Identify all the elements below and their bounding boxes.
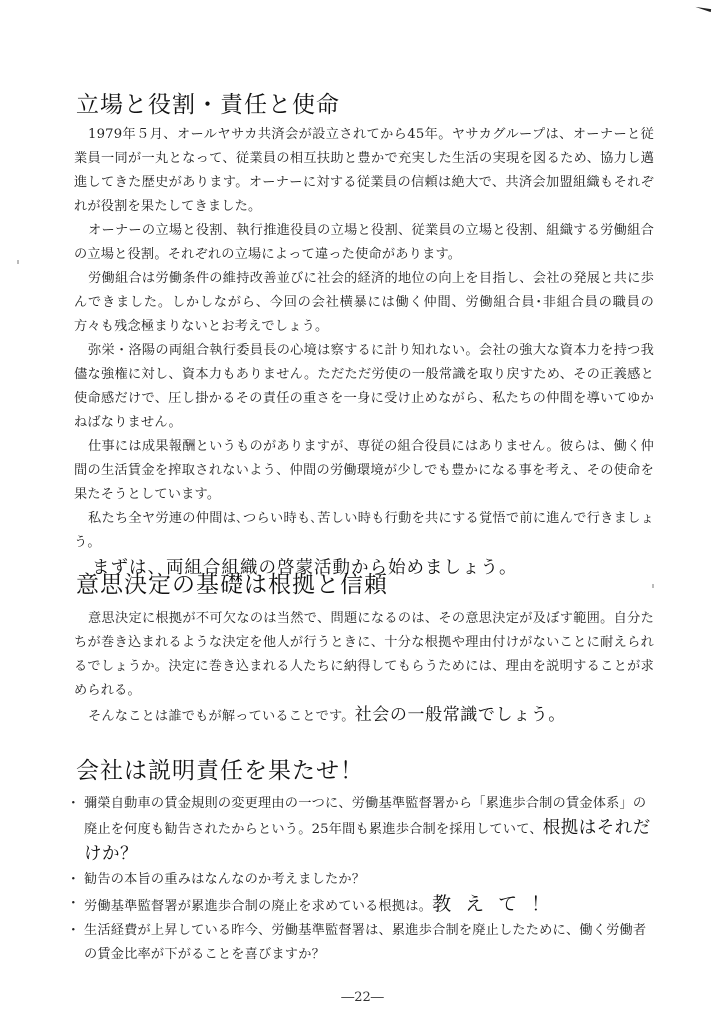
bullet-marker: ･: [70, 892, 77, 916]
bullet-item: ･ 勧告の本旨の重みはなんなのか考えましたか？: [70, 868, 656, 892]
scan-speck: [17, 260, 19, 264]
section-body-roles: 1979年５月、オールヤサカ共済会が設立されてから45年。ヤサカグループは、オー…: [74, 123, 654, 581]
bullet-text: 勧告の本旨の重みはなんなのか考えましたか？: [84, 872, 365, 887]
bullet-marker: ･: [70, 868, 77, 892]
bullet-emphasis: 教えて！: [432, 893, 564, 915]
bullet-marker: ･: [70, 792, 77, 816]
paragraph: 意思決定に根拠が不可欠なのは当然で、問題になるのは、その意思決定が及ぼす範囲。自…: [74, 607, 654, 703]
section-heading-roles: 立場と役割・責任と使命: [76, 91, 340, 119]
bullet-text: 労働基準監督署が累進歩合制の廃止を求めている根拠は。: [84, 899, 432, 914]
bullet-text: 生活経費が上昇している昨今、労働基準監督署は、累進歩合制を廃止したために、働く労…: [84, 923, 646, 962]
section-heading-accountability: 会社は説明責任を果たせ！: [76, 757, 364, 785]
paragraph-text: そんなことは誰でもが解っていることです。: [88, 709, 355, 724]
paragraph: 私たち全ヤ労連の仲間は､つらい時も､苦しい時も行動を共にする覚悟で前に進んで行き…: [74, 507, 654, 555]
bullet-list: ･ 彌榮自動車の賃金規則の変更理由の一つに、労働基準監督署から「累進歩合制の賃金…: [70, 792, 656, 967]
scan-speck: [652, 584, 654, 588]
paragraph: 仕事には成果報酬というものがありますが、専従の組合役員にはありません。彼らは、働…: [74, 435, 654, 507]
paragraph: 1979年５月、オールヤサカ共済会が設立されてから45年。ヤサカグループは、オー…: [74, 123, 654, 219]
bullet-item: ･ 労働基準監督署が累進歩合制の廃止を求めている根拠は。教えて！: [70, 892, 656, 919]
section-body-decision: 意思決定に根拠が不可欠なのは当然で、問題になるのは、その意思決定が及ぼす範囲。自…: [74, 607, 654, 729]
document-page: 立場と役割・責任と使命 1979年５月、オールヤサカ共済会が設立されてから45年…: [0, 0, 725, 1024]
inline-emphasis: 社会の一般常識でしょう。: [355, 705, 566, 725]
section-body-accountability: ･ 彌榮自動車の賃金規則の変更理由の一つに、労働基準監督署から「累進歩合制の賃金…: [70, 792, 656, 967]
section-heading-decision: 意思決定の基礎は根拠と信頼: [76, 571, 388, 599]
bullet-item: ･ 彌榮自動車の賃金規則の変更理由の一つに、労働基準監督署から「累進歩合制の賃金…: [70, 792, 656, 868]
paragraph: 弥栄・洛陽の両組合執行委員長の心境は察するに計り知れない。会社の強大な資本力を持…: [74, 339, 654, 435]
bullet-marker: ･: [70, 919, 77, 943]
scan-corner-mark: [695, 7, 711, 12]
paragraph-with-emphasis: そんなことは誰でもが解っていることです。社会の一般常識でしょう。: [74, 703, 654, 729]
bullet-item: ･ 生活経費が上昇している昨今、労働基準監督署は、累進歩合制を廃止したために、働…: [70, 919, 656, 967]
paragraph: 労働組合は労働条件の維持改善並びに社会的経済的地位の向上を目指し、会社の発展と共…: [74, 267, 654, 339]
page-number: ―22―: [0, 990, 725, 1005]
paragraph: オーナーの立場と役割、執行推進役員の立場と役割、従業員の立場と役割、組織する労働…: [74, 219, 654, 267]
